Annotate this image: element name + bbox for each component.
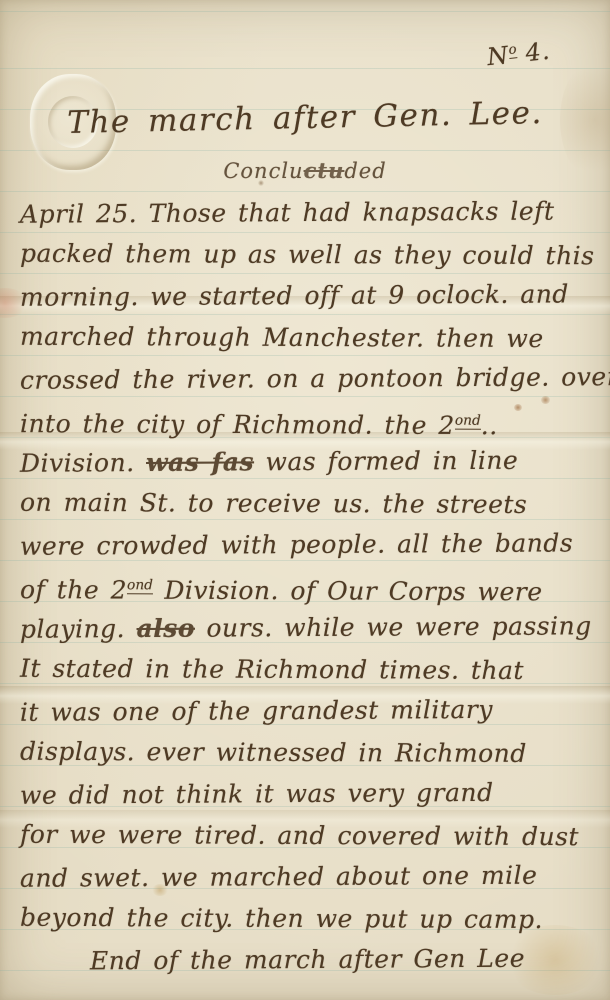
text-segment: crossed the river. on a pontoon bridge. …: [20, 362, 610, 395]
text-segment: Conclu: [223, 159, 303, 183]
manuscript-line: playing. also ours. while we were passin…: [20, 605, 598, 650]
text-segment: N: [485, 41, 510, 71]
text-segment: morning. we started off at 9 oclock. and: [20, 279, 569, 311]
manuscript-line: End of the march after Gen Lee: [20, 937, 598, 982]
text-segment: 4.: [515, 37, 551, 68]
text-segment: we did not think it was very grand: [20, 778, 494, 810]
text-segment: displays. ever witnessed in Richmond: [20, 736, 527, 767]
text-segment: on main St. to receive us. the streets: [20, 487, 527, 518]
manuscript-line: on main St. to receive us. the streets: [20, 481, 598, 525]
text-segment: of the 2: [20, 575, 127, 604]
superscript-text: ond: [455, 412, 481, 429]
text-segment: ours. while we were passing: [195, 611, 592, 642]
manuscript-line: we did not think it was very grand: [20, 771, 598, 816]
text-segment: packed them up as well as they could thi…: [20, 238, 595, 270]
manuscript-line: displays. ever witnessed in Richmond: [20, 730, 598, 774]
text-segment: Division.: [20, 448, 146, 478]
manuscript-line: Division. was fas was formed in line: [20, 439, 598, 484]
manuscript-line: packed them up as well as they could thi…: [20, 232, 598, 276]
struck-text: was fas: [146, 447, 254, 477]
text-segment: beyond the city. then we put up camp.: [20, 902, 543, 933]
manuscript-line: of the 2ond Division. of Our Corps were: [20, 564, 598, 608]
text-segment: April 25. Those that had knapsacks left: [20, 197, 555, 229]
text-segment: and swet. we marched about one mile: [20, 861, 538, 893]
manuscript-page: No 4. The march after Gen. Lee. Concluct…: [0, 0, 610, 1000]
struck-text: also: [136, 614, 195, 643]
superscript-text: ond: [127, 577, 153, 594]
manuscript-line: beyond the city. then we put up camp.: [20, 896, 598, 940]
text-segment: End of the march after Gen Lee: [90, 944, 525, 976]
text-segment: ded: [344, 159, 386, 183]
manuscript-line: and swet. we marched about one mile: [20, 854, 598, 899]
struck-text: ctu: [304, 158, 345, 183]
text-segment: marched through Manchester. then we: [20, 321, 544, 352]
manuscript-line: April 25. Those that had knapsacks left: [20, 190, 598, 235]
text-segment: Division. of Our Corps were: [153, 575, 543, 606]
text-segment: were crowded with people. all the bands: [20, 528, 573, 560]
text-segment: ..: [481, 411, 498, 440]
text-segment: it was one of the grandest military: [20, 695, 493, 727]
manuscript-line: It stated in the Richmond times. that: [20, 647, 598, 691]
text-segment: into the city of Richmond. the 2: [20, 409, 455, 440]
manuscript-line: morning. we started off at 9 oclock. and: [20, 273, 598, 318]
manuscript-line: marched through Manchester. then we: [20, 315, 598, 359]
text-segment: for we were tired. and covered with dust: [20, 819, 579, 850]
text-segment: playing.: [20, 614, 137, 644]
manuscript-line: it was one of the grandest military: [20, 688, 598, 733]
manuscript-line: were crowded with people. all the bands: [20, 522, 598, 567]
manuscript-line: crossed the river. on a pontoon bridge. …: [20, 356, 598, 401]
page-number: No 4.: [485, 37, 551, 71]
manuscript-line: into the city of Richmond. the 2ond..: [20, 398, 598, 442]
text-segment: It stated in the Richmond times. that: [20, 653, 524, 684]
manuscript-line: for we were tired. and covered with dust: [20, 813, 598, 857]
manuscript-body: April 25. Those that had knapsacks leftp…: [20, 192, 598, 981]
document-subtitle: Concluctuded: [0, 158, 610, 183]
text-segment: was formed in line: [254, 446, 518, 477]
